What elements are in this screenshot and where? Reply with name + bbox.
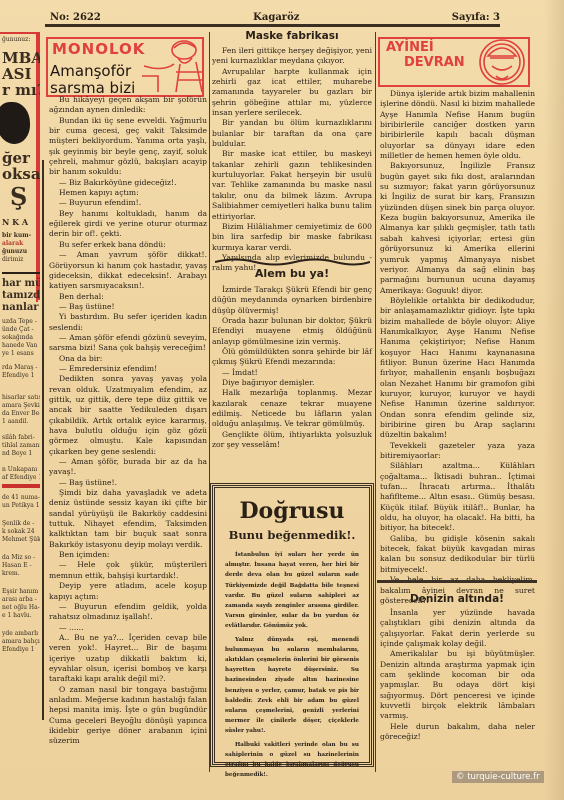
paragraph: Bir maske icat ettiler, bu maskeyi takan…	[212, 149, 372, 221]
paragraph: — Emredersiniz efendim!	[49, 364, 207, 374]
strip-text: net oğlu Ha-	[2, 604, 40, 612]
deniz-article-body: İnsanla yer yüzünde havada çalıştıkları …	[380, 608, 535, 742]
monolok-article-body: Bu hikâyeyi geçen akşam bir şoförün ağzı…	[49, 95, 207, 747]
strip-text: 1 aandil.	[2, 418, 40, 426]
strip-text: dirimiz	[2, 256, 40, 264]
column-divider	[209, 32, 210, 772]
paragraph: Gençlikte ölüm, ihtiyarlıkta yolsuzluk z…	[212, 430, 372, 451]
strip-heading: oksa	[2, 166, 40, 182]
paragraph: Bundan iki üç sene evveldi. Yağmurlu bir…	[49, 116, 207, 178]
ayinei-devran-label: AYİNEİ DEVRAN	[386, 40, 465, 70]
ad-body: İstanbulun iyi suları her yerde ün almış…	[225, 550, 359, 780]
paragraph: Dedikten sonra yavaş yavaş yola revan ol…	[49, 374, 207, 457]
paragraph: Silâhları azaltma... Külâhları çoğaltama…	[380, 461, 535, 533]
paragraph: Yi bastırdım. Bu sefer içeriden kadın se…	[49, 312, 207, 333]
paragraph: Bakıyorsunuz, İngilizle Fransız bugün ga…	[380, 161, 535, 295]
alem-headline: Alem bu ya!	[212, 267, 372, 280]
strip-text: da Miz so -	[2, 554, 40, 562]
paragraph: Dünya işleride artık bizim mahallenin iş…	[380, 89, 535, 161]
strip-heading: r mı?	[2, 82, 40, 98]
paragraph: İstanbulun iyi suları her yerde ün almış…	[225, 550, 359, 632]
paragraph: İzmirde Tarakçı Şükrü Efendi bir genç dü…	[212, 285, 372, 316]
strip-heading: N K A	[2, 216, 40, 228]
paragraph: Hemen kapıyı açtım:	[49, 188, 207, 198]
label-line: DEVRAN	[386, 55, 465, 70]
paragraph: Fen ileri gittikçe herşey değişiyor, yen…	[212, 46, 372, 67]
copyright-watermark: © turquie-culture.fr	[452, 771, 544, 783]
paragraph: Tevekkeli gazeteler yaza yaza bitiremiya…	[380, 441, 535, 462]
paragraph: Yalnız dünyada eşi, menendi bulunmayan b…	[225, 635, 359, 737]
strip-text: ğunuzu	[2, 248, 40, 256]
monolok-label: MONOLOK	[52, 40, 145, 58]
strip-heading: MBA-	[2, 50, 40, 66]
issue-number: No: 2622	[50, 12, 101, 23]
ad-subtitle: Bunu beğenmedik!.	[225, 528, 359, 542]
paragraph: Böylelikle ortalıkta bir dedikodudur, bi…	[380, 296, 535, 441]
strip-text: amara bahçı-	[2, 638, 40, 646]
paragraph: Galiba, bu gidişle kösenin sakalı bitece…	[380, 534, 535, 575]
strip-text: sokağında	[2, 334, 40, 342]
paragraph: — Baş üstüne!	[49, 302, 207, 312]
paragraph: — Biz Bakırköyüne gideceğiz!.	[49, 178, 207, 188]
strip-text: ye 1 esans	[2, 350, 40, 358]
strip-heading: tamızda	[2, 290, 40, 302]
paragraph: Bizim Hilâliahmer cemiyetimiz de 600 bin…	[212, 222, 372, 253]
column-divider	[375, 32, 376, 772]
strip-text: k sokak 24	[2, 528, 40, 536]
helmeted-figure-illustration-icon	[470, 36, 532, 88]
strip-text: Efendiye 1	[2, 372, 40, 380]
strip-heading: har mü-	[2, 278, 40, 290]
maske-headline: Maske fabrikası	[212, 30, 372, 42]
paragraph: Halk mezarlığa toplanmış. Mezar kazılara…	[212, 388, 372, 429]
strip-text: silâh fabri-	[2, 434, 40, 442]
ad-title: Doğrusu	[225, 498, 359, 524]
paragraph: — Baş üstüne!.	[49, 478, 207, 488]
paragraph: Bu sefer erkek bana döndü:	[49, 240, 207, 250]
strip-heading: ğer	[2, 150, 40, 166]
paragraph: — Buyurun efendim geldik, yolda rahatsız…	[49, 602, 207, 623]
strip-text: Şenlik de -	[2, 520, 40, 528]
deniz-headline: Denizin altında!	[378, 593, 536, 605]
dogrusu-advert-box: Doğrusu Bunu beğenmedik!. İstanbulun iyi…	[212, 485, 372, 765]
section-rule	[377, 580, 537, 583]
maske-article-body: Fen ileri gittikçe herşey değişiyor, yen…	[212, 46, 372, 274]
paragraph: Ben derhal:	[49, 292, 207, 302]
strip-text: nd Beye 1	[2, 450, 40, 458]
paragraph: O zaman nasıl bir tongaya bastığımı anla…	[49, 685, 207, 747]
paragraph: Amerikalılar bu işi büyütmüşler. Denizin…	[380, 649, 535, 721]
paragraph: Halbuki vakitleri yerinde olan bu su sah…	[225, 740, 359, 781]
strip-text: da Enver Be-	[2, 410, 40, 418]
paragraph: Diye bağırıyor demişler.	[212, 378, 372, 388]
strip-text: Mehmet Şük	[2, 536, 40, 544]
strip-text: krem.	[2, 570, 40, 578]
headline-line: Amanşoför	[50, 63, 160, 80]
paragraph: — İmdat!	[212, 368, 372, 378]
strip-text: tihlal zamanı	[2, 442, 40, 450]
alem-article-body: İzmirde Tarakçı Şükrü Efendi bir genç dü…	[212, 285, 372, 451]
strip-text: af Efendiye 1	[2, 474, 40, 482]
paragraph: Bu hikâyeyi geçen akşam bir şoförün ağzı…	[49, 95, 207, 116]
paragraph: — Buyurun efendim!.	[49, 198, 207, 208]
strip-text: e 1 havlu.	[2, 612, 40, 620]
strip-text: de 41 numa-	[2, 494, 40, 502]
label-line: AYİNEİ	[386, 40, 434, 55]
paragraph: Şimdi biz daha yavaşladık ve adeta deniz…	[49, 488, 207, 550]
strip-text: ünde Çat -	[2, 326, 40, 334]
strip-text: alarak	[2, 240, 40, 248]
paragraph: — Aman yavrum şöför dikkat!. Görüyorsun …	[49, 250, 207, 291]
ayinei-devran-article-body: Dünya işleride artık bizim mahallenin iş…	[380, 89, 535, 606]
strip-text: amara Şevki	[2, 402, 40, 410]
strip-text: Efendiye 1	[2, 646, 40, 654]
left-adjacent-page-strip: ğununuz: MBA- ASI r mı? ğer oksa Ş N K A…	[0, 32, 40, 792]
strip-text: Eşsir hanım	[2, 588, 40, 596]
paragraph: Orada hazır bulunan bir doktor, Şükrü Ef…	[212, 316, 372, 347]
paragraph: A.. Bu ne ya?... İçeriden cevap bile ver…	[49, 633, 207, 685]
illustration	[0, 102, 30, 144]
paragraph: Bir yandan bu ölüm kurnazlıklarını bulan…	[212, 118, 372, 149]
masthead-rule	[45, 24, 500, 27]
paragraph: Bey hanımı koltukladı, hanım da eğilerek…	[49, 209, 207, 240]
paragraph: İnsanla yer yüzünde havada çalıştıkları …	[380, 608, 535, 649]
column-divider	[42, 160, 44, 720]
strip-heading: ASI	[2, 66, 40, 82]
paragraph: — ......	[49, 623, 207, 633]
page-number: Sayıfa: 3	[452, 12, 500, 23]
paragraph: Avrupalılar harpte kullanmak için zehirl…	[212, 67, 372, 119]
newspaper-title: Kagaröz	[253, 12, 299, 23]
strip-text: un Petikya 1	[2, 502, 40, 510]
strip-text: ğununuz:	[2, 36, 40, 44]
paragraph: — Hele çok şükür, müşterileri memnun ett…	[49, 560, 207, 581]
paragraph: Ölü gömüldükten sonra şehirde bir lâf çı…	[212, 347, 372, 368]
paragraph: Hele durun bakalım, daha neler göreceğiz…	[380, 722, 535, 743]
strip-text: hanede Van	[2, 342, 40, 350]
wavy-divider	[215, 257, 370, 267]
strip-heading: Ş	[10, 182, 40, 212]
strip-text: uzda Tepe -	[2, 318, 40, 326]
paragraph: Ona da bir:	[49, 354, 207, 364]
paragraph: — Aman şöför efendi gözünü seveyim, sars…	[49, 333, 207, 354]
strip-heading: nanlar	[2, 302, 40, 314]
strip-text: hisarlar satış	[2, 394, 40, 402]
newspaper-page: No: 2622 Kagaröz Sayıfa: 3 ğununuz: MBA-…	[0, 0, 564, 800]
scan-edge-shadow	[544, 0, 564, 800]
strip-text: rda Maraş -	[2, 364, 40, 372]
paragraph: — Aman şöför, burada bir az da ha yavaş!…	[49, 457, 207, 478]
monolok-headline: Amanşoför sarsma bizi	[50, 63, 160, 97]
strip-text: arası arba -	[2, 596, 40, 604]
strip-text: bir kum-	[2, 232, 40, 240]
paragraph: Ben içimden:	[49, 550, 207, 560]
strip-text: yde ambarlı	[2, 630, 40, 638]
paragraph: Deyip yere atladım, acele koşup kapıyı a…	[49, 581, 207, 602]
strip-text: Hasan E -	[2, 562, 40, 570]
strip-text: n Unkapanı	[2, 466, 40, 474]
